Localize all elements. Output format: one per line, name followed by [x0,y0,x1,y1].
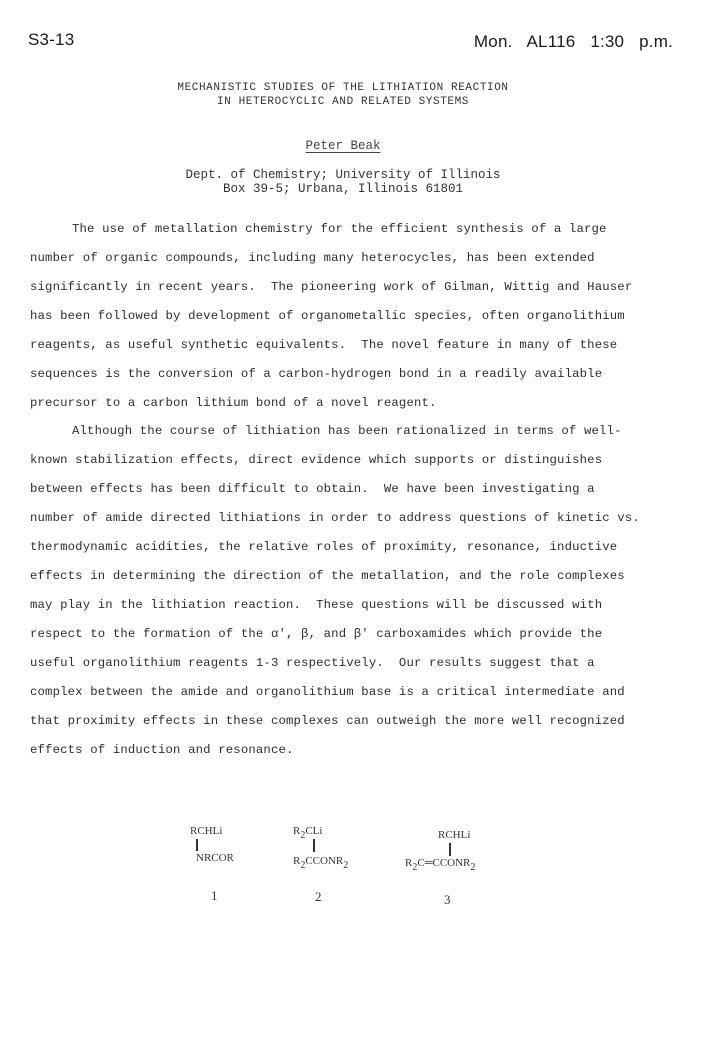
affiliation-line-1: Dept. of Chemistry; University of Illino… [0,168,686,182]
structure-2-bond [313,839,315,852]
structure-1-number: 1 [211,888,218,904]
body-line: reagents, as useful synthetic equivalent… [30,338,617,352]
structure-3-number: 3 [444,892,451,908]
author-name-text: Peter Beak [305,139,380,153]
body-line: effects of induction and resonance. [30,743,294,757]
paper-title-line-1: MECHANISTIC STUDIES OF THE LITHIATION RE… [0,82,686,94]
session-code: S3-13 [28,30,74,50]
body-line: precursor to a carbon lithium bond of a … [30,396,437,410]
structure-2-number: 2 [315,889,322,905]
body-line: number of organic compounds, including m… [30,251,595,265]
paper-title-line-2: IN HETEROCYCLIC AND RELATED SYSTEMS [0,96,686,108]
body-line: complex between the amide and organolith… [30,685,625,699]
structure-3-top: RCHLi [438,829,470,841]
body-line: sequences is the conversion of a carbon-… [30,367,602,381]
structure-3-bottom: R2C═CCONR2 [405,857,475,873]
body-line: has been followed by development of orga… [30,309,625,323]
author-name: Peter Beak [0,139,686,153]
structure-2-bottom: R2CCONR2 [293,855,348,871]
body-line: significantly in recent years. The pione… [30,280,632,294]
body-line: number of amide directed lithiations in … [30,511,640,525]
body-line: that proximity effects in these complexe… [30,714,625,728]
body-line: may play in the lithiation reaction. The… [30,598,602,612]
body-line: known stabilization effects, direct evid… [30,453,602,467]
body-line: Although the course of lithiation has be… [72,424,622,438]
body-line: between effects has been difficult to ob… [30,482,595,496]
body-line: effects in determining the direction of … [30,569,625,583]
body-line: The use of metallation chemistry for the… [72,222,607,236]
structure-1-bottom: NRCOR [196,852,234,864]
body-line: thermodynamic acidities, the relative ro… [30,540,617,554]
body-line: respect to the formation of the α', β, a… [30,627,602,641]
structure-2-top: R2CLi [293,825,322,841]
structure-1-top: RCHLi [190,825,222,837]
session-schedule: Mon. AL116 1:30 p.m. [474,32,673,52]
affiliation-line-2: Box 39-5; Urbana, Illinois 61801 [0,182,686,196]
body-line: useful organolithium reagents 1-3 respec… [30,656,595,670]
structure-1-bond [196,839,198,851]
structure-3-bond [449,843,451,856]
